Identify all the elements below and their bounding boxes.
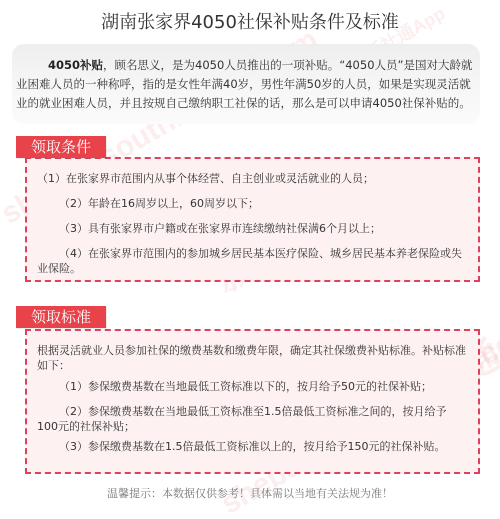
intro-paragraph: 4050补贴，顾名思义，是为4050人员推出的一项补贴。“4050人员”是国对大… — [16, 56, 478, 113]
standards-box: 根据灵活就业人员参加社保的缴费基数和缴费年限，确定其社保缴费补贴标准。补贴标准如… — [25, 329, 480, 474]
conditions-box: （1）在张家界市范围内从事个体经营、自主创业或灵活就业的人员； （2）年龄在16… — [25, 157, 480, 282]
condition-item: （3）具有张家界市户籍或在张家界市连续缴纳社保满6个月以上； — [37, 221, 467, 236]
page-title: 湖南张家界4050社保补贴条件及标准 — [0, 8, 500, 34]
condition-item: （2）年龄在16周岁以上，60周岁以下； — [37, 196, 467, 211]
standard-item: （2）参保缴费基数在当地最低工资标准至1.5倍最低工资标准之间的，按月给予100… — [37, 404, 467, 434]
standard-item: （1）参保缴费基数在当地最低工资标准以下的，按月给予50元的社保补贴； — [37, 379, 467, 394]
standards-lead: 根据灵活就业人员参加社保的缴费基数和缴费年限，确定其社保缴费补贴标准。补贴标准如… — [37, 343, 467, 373]
condition-item: （4）在张家界市范围内的参加城乡居民基本医疗保险、城乡居民基本养老保险或失业保险… — [37, 246, 467, 276]
footer-tip: 温馨提示：本数据仅供参考！具体需以当地有关法规为准！ — [0, 485, 500, 501]
intro-bold-term: 4050补贴 — [48, 58, 103, 72]
condition-item: （1）在张家界市范围内从事个体经营、自主创业或灵活就业的人员； — [37, 171, 467, 186]
section-heading-conditions: 领取条件 — [16, 136, 106, 158]
standard-item: （3）参保缴费基数在1.5倍最低工资标准以上的，按月给予150元的社保补贴。 — [37, 439, 467, 454]
section-heading-standards: 领取标准 — [16, 306, 106, 328]
